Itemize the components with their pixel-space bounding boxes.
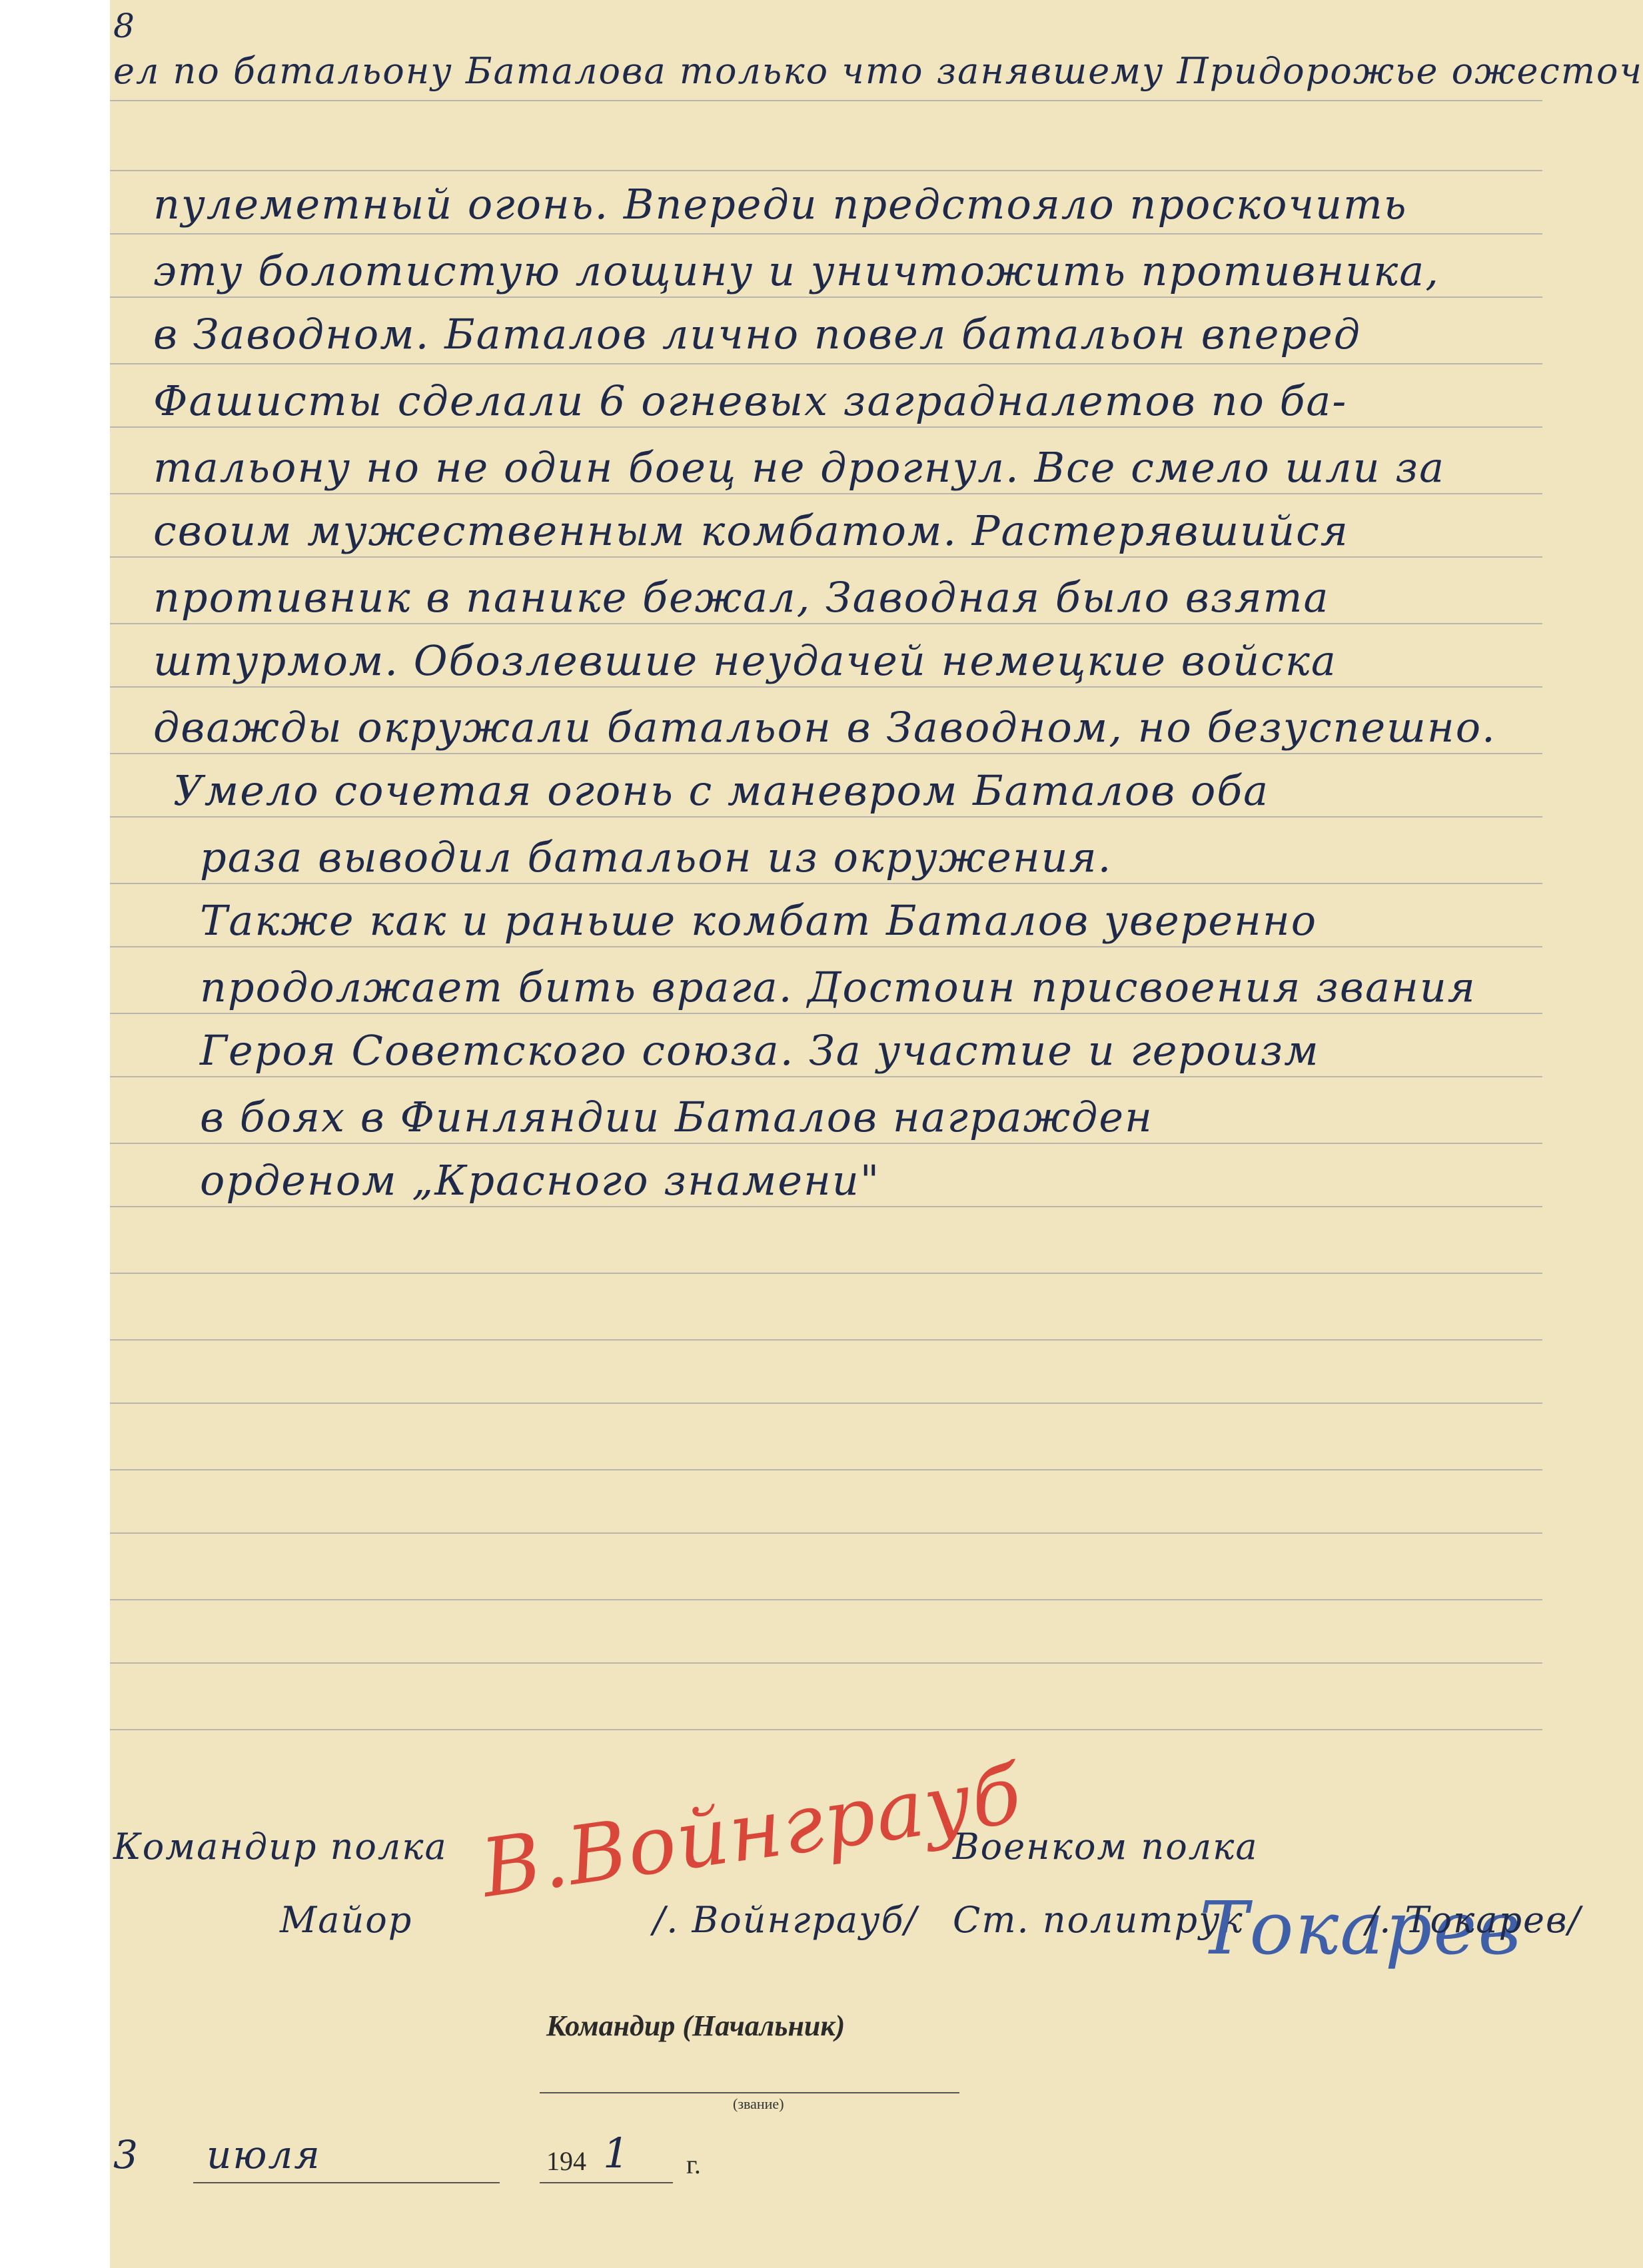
year-suffix: 1 (603, 2129, 630, 2177)
ruled-line (110, 1403, 1542, 1404)
ruled-line (110, 753, 1542, 754)
ruled-line (110, 426, 1542, 428)
ruled-line (110, 1076, 1542, 1077)
date-day: 3 (113, 2132, 139, 2177)
ruled-line (110, 233, 1542, 235)
body-line: своим мужественным комбатом. Растерявший… (153, 506, 1349, 555)
ruled-line (110, 1206, 1542, 1207)
body-line: тальону но не один боец не дрогнул. Все … (153, 443, 1445, 492)
body-line: дважды окружали батальон в Заводном, но … (153, 703, 1496, 752)
body-line: раза выводил батальон из окружения. (200, 833, 1112, 881)
commander-label: Командир (Начальник) (546, 2009, 845, 2043)
body-line: штурмом. Обозлевшие неудачей немецкие во… (153, 636, 1337, 685)
body-line: Героя Советского союза. За участие и гер… (200, 1026, 1320, 1075)
commissar-name: /. Токарев/ (1366, 1899, 1582, 1941)
scan-margin (0, 0, 110, 2268)
date-month: июля (207, 2132, 321, 2177)
ruled-line (110, 1013, 1542, 1014)
ruled-line (110, 1662, 1542, 1664)
ruled-line (110, 1469, 1542, 1470)
ruled-line (110, 816, 1542, 818)
ruled-line (110, 1273, 1542, 1274)
ruled-line (110, 100, 1542, 101)
body-line: эту болотистую лощину и уничтожить проти… (153, 247, 1440, 295)
ruled-line (110, 363, 1542, 364)
ruled-line (110, 1729, 1542, 1730)
year-prefix: 194 (546, 2145, 586, 2177)
body-line: Умело сочетая огонь с маневром Баталов о… (173, 766, 1269, 815)
commissar-title: Военком полка (953, 1826, 1259, 1868)
rank-signature-line (540, 2092, 959, 2093)
rank-caption: (звание) (733, 2095, 784, 2113)
body-line: ел по батальону Баталова только что заня… (113, 50, 1643, 92)
body-line: продолжает бить врага. Достоин присвоени… (200, 963, 1476, 1011)
ruled-line (110, 493, 1542, 494)
commander-title: Командир полка (113, 1826, 448, 1868)
ruled-line (110, 946, 1542, 947)
body-line: в Заводном. Баталов лично повел батальон… (153, 310, 1361, 358)
ruled-line (110, 1143, 1542, 1144)
ruled-line (110, 686, 1542, 688)
page-number: 8 (113, 7, 136, 45)
ruled-line (110, 883, 1542, 884)
body-line: в боях в Финляндии Баталов награжден (200, 1093, 1153, 1141)
year-line (540, 2182, 673, 2183)
ruled-line (110, 556, 1542, 558)
date-line (193, 2182, 500, 2183)
body-line: орденом „Красного знамени" (200, 1156, 880, 1205)
body-line: противник в панике бежал, Заводная было … (153, 573, 1329, 622)
body-line: Фашисты сделали 6 огневых заградналетов … (153, 376, 1347, 425)
ruled-line (110, 1599, 1542, 1600)
ruled-line (110, 1532, 1542, 1534)
body-line: пулеметный огонь. Впереди предстояло про… (153, 180, 1408, 229)
ruled-line (110, 296, 1542, 298)
ruled-line (110, 1339, 1542, 1341)
commander-name: /. Войнграуб/ (653, 1899, 918, 1941)
ruled-line (110, 623, 1542, 624)
ruled-line (110, 170, 1542, 171)
body-line: Также как и раньше комбат Баталов уверен… (200, 896, 1317, 945)
year-unit: г. (686, 2149, 701, 2180)
commander-rank: Майор (280, 1899, 412, 1941)
